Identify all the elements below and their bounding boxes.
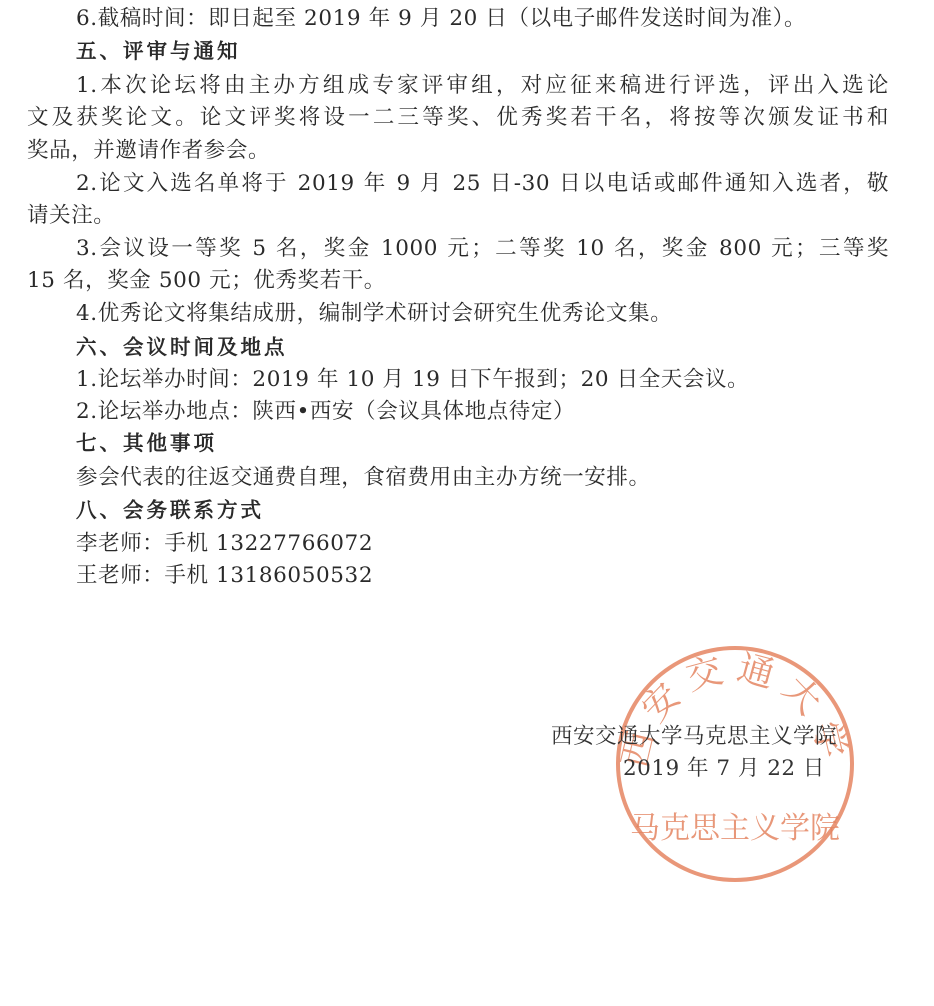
item-review-3-end: 15 名，奖金 500 元；优秀奖若干。: [27, 264, 386, 297]
item-time: 1.论坛举办时间：2019 年 10 月 19 日下午报到；20 日全天会议。: [76, 363, 749, 396]
item-review-1: 1.本次论坛将由主办方组成专家评审组，对应征来稿进行评选，评出入选论: [76, 69, 889, 102]
item-review-3: 3.会议设一等奖 5 名，奖金 1000 元；二等奖 10 名，奖金 800 元…: [76, 232, 889, 265]
signature-date: 2019 年 7 月 22 日: [623, 752, 825, 785]
item-deadline: 6.截稿时间：即日起至 2019 年 9 月 20 日（以电子邮件发送时间为准）…: [76, 2, 806, 35]
item-review-1-cont: 文及获奖论文。论文评奖将设一二三等奖、优秀奖若干名，将按等次颁发证书和: [27, 101, 889, 134]
contact-li: 李老师：手机 13227766072: [76, 527, 373, 560]
contact-wang: 王老师：手机 13186050532: [76, 559, 373, 592]
item-review-4: 4.优秀论文将集结成册，编制学术研讨会研究生优秀论文集。: [76, 297, 672, 330]
item-location: 2.论坛举办地点：陕西•西安（会议具体地点待定）: [76, 395, 575, 428]
item-review-2-end: 请关注。: [27, 199, 115, 232]
item-review-1-end: 奖品，并邀请作者参会。: [27, 134, 270, 167]
item-review-2: 2.论文入选名单将于 2019 年 9 月 25 日-30 日以电话或邮件通知入…: [76, 167, 889, 200]
section-heading-contact: 八、会务联系方式: [76, 494, 264, 527]
item-expenses: 参会代表的往返交通费自理，食宿费用由主办方统一安排。: [76, 461, 651, 494]
section-heading-time-location: 六、会议时间及地点: [76, 331, 288, 364]
section-heading-other: 七、其他事项: [76, 427, 217, 460]
svg-text:马克思主义学院: 马克思主义学院: [630, 811, 840, 846]
signature-organization: 西安交通大学马克思主义学院: [551, 720, 837, 753]
section-heading-review: 五、评审与通知: [76, 35, 241, 68]
